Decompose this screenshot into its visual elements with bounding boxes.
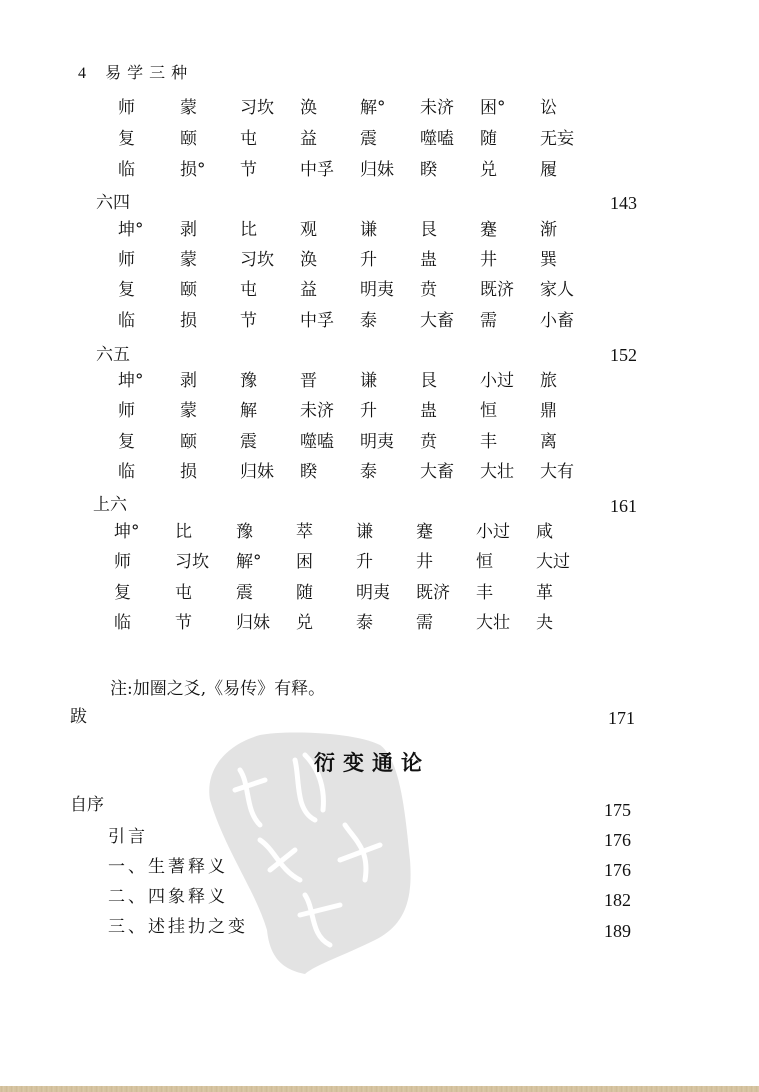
cell: 颐 — [180, 432, 197, 452]
section-label: 六四 — [96, 188, 130, 213]
cell: 兑 — [480, 160, 497, 180]
cell: 家人 — [540, 280, 574, 300]
cell: 谦 — [360, 220, 377, 240]
section-page-number: 161 — [610, 496, 637, 517]
cell: 困° — [480, 98, 506, 118]
toc-entry-label: 三、述挂扐之变 — [108, 912, 248, 937]
cell: 坤° — [118, 371, 144, 391]
cell: 既济 — [480, 280, 514, 300]
cell: 归妹 — [360, 160, 394, 180]
cell: 睽 — [420, 160, 437, 180]
cell: 贲 — [420, 432, 437, 452]
cell: 解° — [236, 552, 262, 572]
cell: 损 — [180, 462, 197, 482]
toc-entry-page: 176 — [604, 860, 631, 881]
cell: 习坎 — [240, 250, 274, 270]
cell: 咸 — [536, 522, 553, 542]
cell: 节 — [240, 311, 257, 331]
cell: 升 — [356, 552, 373, 572]
header-page-number: 4 — [78, 65, 86, 82]
cell: 师 — [114, 552, 131, 572]
cell: 泰 — [360, 311, 377, 331]
toc-entry-page: 176 — [604, 830, 631, 851]
cell: 蹇 — [416, 522, 433, 542]
cell: 比 — [175, 522, 192, 542]
cell: 剥 — [180, 371, 197, 391]
cell: 泰 — [360, 462, 377, 482]
section-page-number: 143 — [610, 193, 637, 214]
header-book-title: 易学三种 — [105, 63, 193, 82]
cell: 师 — [118, 401, 135, 421]
cell: 无妄 — [540, 129, 574, 149]
toc-entry-page: 189 — [604, 921, 631, 942]
toc-entry-label: 一、生蓍释义 — [108, 852, 228, 877]
cell: 临 — [118, 311, 135, 331]
cell: 小过 — [476, 522, 510, 542]
cell: 未济 — [300, 401, 334, 421]
page-edge — [0, 1086, 759, 1092]
cell: 临 — [118, 462, 135, 482]
cell: 观 — [300, 220, 317, 240]
cell: 震 — [360, 129, 377, 149]
cell: 益 — [300, 129, 317, 149]
cell: 益 — [300, 280, 317, 300]
toc-entry-postscript-label: 跋 — [70, 702, 87, 727]
toc-entry-label: 二、四象释义 — [108, 882, 228, 907]
cell: 节 — [175, 613, 192, 633]
part-title: 衍变通论 — [314, 747, 430, 777]
section-label: 六五 — [96, 340, 130, 365]
cell: 噬嗑 — [300, 432, 334, 452]
cell: 未济 — [420, 98, 454, 118]
cell: 萃 — [296, 522, 313, 542]
cell: 夬 — [536, 613, 553, 633]
cell: 渐 — [540, 220, 557, 240]
cell: 兑 — [296, 613, 313, 633]
cell: 坤° — [118, 220, 144, 240]
cell: 大畜 — [420, 311, 454, 331]
cell: 艮 — [420, 220, 437, 240]
cell: 需 — [480, 311, 497, 331]
cell: 屯 — [240, 280, 257, 300]
cell: 比 — [240, 220, 257, 240]
cell: 习坎 — [175, 552, 209, 572]
cell: 谦 — [360, 371, 377, 391]
section-page-number: 152 — [610, 345, 637, 366]
cell: 既济 — [416, 583, 450, 603]
cell: 需 — [416, 613, 433, 633]
cell: 蛊 — [420, 250, 437, 270]
cell: 小畜 — [540, 311, 574, 331]
cell: 明夷 — [360, 280, 394, 300]
cell: 涣 — [300, 250, 317, 270]
cell: 泰 — [356, 613, 373, 633]
cell: 大壮 — [476, 613, 510, 633]
cell: 随 — [480, 129, 497, 149]
cell: 丰 — [476, 583, 493, 603]
running-header: 4 易学三种 — [78, 60, 193, 83]
cell: 小过 — [480, 371, 514, 391]
cell: 升 — [360, 250, 377, 270]
cell: 屯 — [175, 583, 192, 603]
cell: 归妹 — [236, 613, 270, 633]
cell: 归妹 — [240, 462, 274, 482]
cell: 明夷 — [356, 583, 390, 603]
cell: 困 — [296, 552, 313, 572]
toc-entry-postscript-page: 171 — [608, 708, 635, 729]
cell: 解 — [240, 401, 257, 421]
cell: 贲 — [420, 280, 437, 300]
cell: 丰 — [480, 432, 497, 452]
cell: 蹇 — [480, 220, 497, 240]
cell: 谦 — [356, 522, 373, 542]
cell: 复 — [118, 432, 135, 452]
cell: 大壮 — [480, 462, 514, 482]
cell: 临 — [114, 613, 131, 633]
cell: 睽 — [300, 462, 317, 482]
cell: 恒 — [476, 552, 493, 572]
cell: 节 — [240, 160, 257, 180]
cell: 震 — [236, 583, 253, 603]
cell: 剥 — [180, 220, 197, 240]
toc-entry-label: 引言 — [108, 822, 148, 847]
cell: 屯 — [240, 129, 257, 149]
cell: 巽 — [540, 250, 557, 270]
cell: 复 — [118, 280, 135, 300]
cell: 师 — [118, 250, 135, 270]
cell: 明夷 — [360, 432, 394, 452]
cell: 复 — [118, 129, 135, 149]
cell: 震 — [240, 432, 257, 452]
cell: 蒙 — [180, 250, 197, 270]
footnote: 注:加圈之爻,《易传》有释。 — [110, 674, 325, 699]
cell: 损° — [180, 160, 206, 180]
cell: 师 — [118, 98, 135, 118]
cell: 恒 — [480, 401, 497, 421]
cell: 升 — [360, 401, 377, 421]
cell: 豫 — [236, 522, 253, 542]
cell: 蒙 — [180, 401, 197, 421]
toc-entry-page: 175 — [604, 800, 631, 821]
cell: 大畜 — [420, 462, 454, 482]
cell: 中孚 — [300, 311, 334, 331]
cell: 井 — [416, 552, 433, 572]
cell: 颐 — [180, 280, 197, 300]
cell: 大过 — [536, 552, 570, 572]
cell: 蛊 — [420, 401, 437, 421]
cell: 中孚 — [300, 160, 334, 180]
cell: 坤° — [114, 522, 140, 542]
cell: 井 — [480, 250, 497, 270]
cell: 习坎 — [240, 98, 274, 118]
cell: 涣 — [300, 98, 317, 118]
cell: 解° — [360, 98, 386, 118]
cell: 鼎 — [540, 401, 557, 421]
cell: 蒙 — [180, 98, 197, 118]
cell: 损 — [180, 311, 197, 331]
toc-entry-page: 182 — [604, 890, 631, 911]
toc-entry-label: 自序 — [70, 790, 104, 815]
cell: 复 — [114, 583, 131, 603]
cell: 旅 — [540, 371, 557, 391]
cell: 革 — [536, 583, 553, 603]
cell: 晋 — [300, 371, 317, 391]
cell: 履 — [540, 160, 557, 180]
cell: 艮 — [420, 371, 437, 391]
section-label: 上六 — [93, 490, 127, 515]
cell: 大有 — [540, 462, 574, 482]
cell: 讼 — [540, 98, 557, 118]
cell: 随 — [296, 583, 313, 603]
cell: 颐 — [180, 129, 197, 149]
cell: 离 — [540, 432, 557, 452]
cell: 豫 — [240, 371, 257, 391]
cell: 噬嗑 — [420, 129, 454, 149]
cell: 临 — [118, 160, 135, 180]
